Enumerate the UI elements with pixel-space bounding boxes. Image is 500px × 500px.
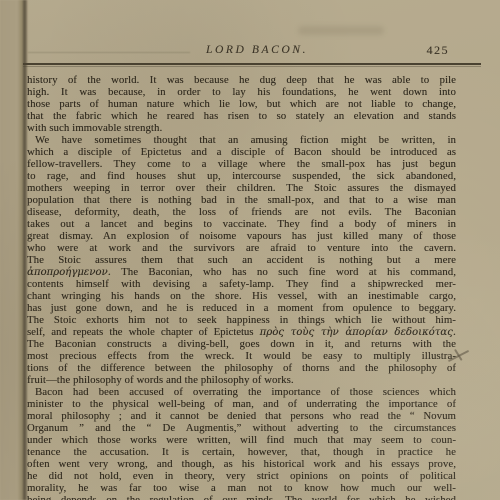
text-line: often went very wrong, and though, as hi…: [27, 458, 456, 470]
greek-phrase: ἀποπροήγμενον.: [27, 267, 111, 278]
text-line: The Stoic exhorts him not to seek happin…: [27, 314, 456, 326]
text-line: disease, deformity, death, the loss of f…: [27, 206, 456, 218]
body-text: history of the world. It was because he …: [27, 74, 456, 500]
text-line: high. It was because, in order to lay hi…: [27, 86, 456, 98]
text-line: minister to the physical well-being of m…: [27, 398, 456, 410]
text-line: most precious effects from the wreck. It…: [27, 350, 456, 362]
text-line: he did not hold, even in theory, very st…: [27, 470, 456, 482]
text-line: tenance the accusation. It is certain, h…: [27, 446, 456, 458]
text-line: being depends on the regulation of our m…: [27, 494, 456, 500]
text-line: great dismay. An explosion of noisome va…: [27, 230, 456, 242]
text-line: self, and repeats the whole chapter of E…: [27, 326, 456, 338]
text-line: population that there is nothing bad in …: [27, 194, 456, 206]
text-line-part: The Baconian, who has no such fine word …: [111, 266, 456, 278]
header-rule-echo: [23, 66, 481, 67]
text-line: chant wringing his hands on the shore. H…: [27, 290, 456, 302]
text-line: that the fabric which he reared has rise…: [27, 110, 456, 122]
text-line: The Baconian constructs a diving-bell, g…: [27, 338, 456, 350]
text-line: fruit—the philosophy of words and the ph…: [27, 374, 456, 386]
text-line: contents himself with devising a safety-…: [27, 278, 456, 290]
greek-phrase: πρὸς τοὺς τὴν ἀπορίαν δεδοικότας.: [260, 327, 456, 338]
page-gutter-shadow: [0, 0, 28, 500]
text-line: who were at work and the survivors are a…: [27, 242, 456, 254]
text-line: with such immovable strength.: [27, 122, 456, 134]
text-line: takes out a lancet and begins to vaccina…: [27, 218, 456, 230]
text-line: morality, he was far too wise a man not …: [27, 482, 456, 494]
text-line: to rage, and find houses shut up, interc…: [27, 170, 456, 182]
text-line: which a disciple of Epictetus and a disc…: [27, 146, 456, 158]
text-line: We have sometimes thought that an amusin…: [27, 134, 456, 146]
page-number: 425: [427, 43, 450, 58]
pencil-x-mark: [445, 342, 473, 370]
text-line: ἀποπροήγμενον. The Baconian, who has no …: [27, 266, 456, 278]
text-line: Bacon had been accused of overrating the…: [27, 386, 456, 398]
text-line: under which those works were written, wi…: [27, 434, 456, 446]
text-line: has just gone down, and he is reduced in…: [27, 302, 456, 314]
text-line: Organum ” and the “ De Augmentis,” witho…: [27, 422, 456, 434]
text-line: The Stoic assures them that such an acci…: [27, 254, 456, 266]
text-line: those parts of human nature which lie lo…: [27, 98, 456, 110]
text-line: history of the world. It was because he …: [27, 74, 456, 86]
ink-bleed-smudge: [298, 26, 384, 35]
running-header-title: LORD BACON.: [27, 44, 487, 56]
text-line: mothers weeping in terror over their chi…: [27, 182, 456, 194]
text-line: moral philosophy ; and it cannot be deni…: [27, 410, 456, 422]
header-rule: [23, 63, 481, 65]
text-line-part: self, and repeats the whole chapter of E…: [27, 326, 260, 338]
text-line: tions of the difference between the phil…: [27, 362, 456, 374]
text-line: fellow-travellers. They come to a villag…: [27, 158, 456, 170]
scanned-book-page: LORD BACON. 425 history of the world. It…: [0, 0, 500, 500]
